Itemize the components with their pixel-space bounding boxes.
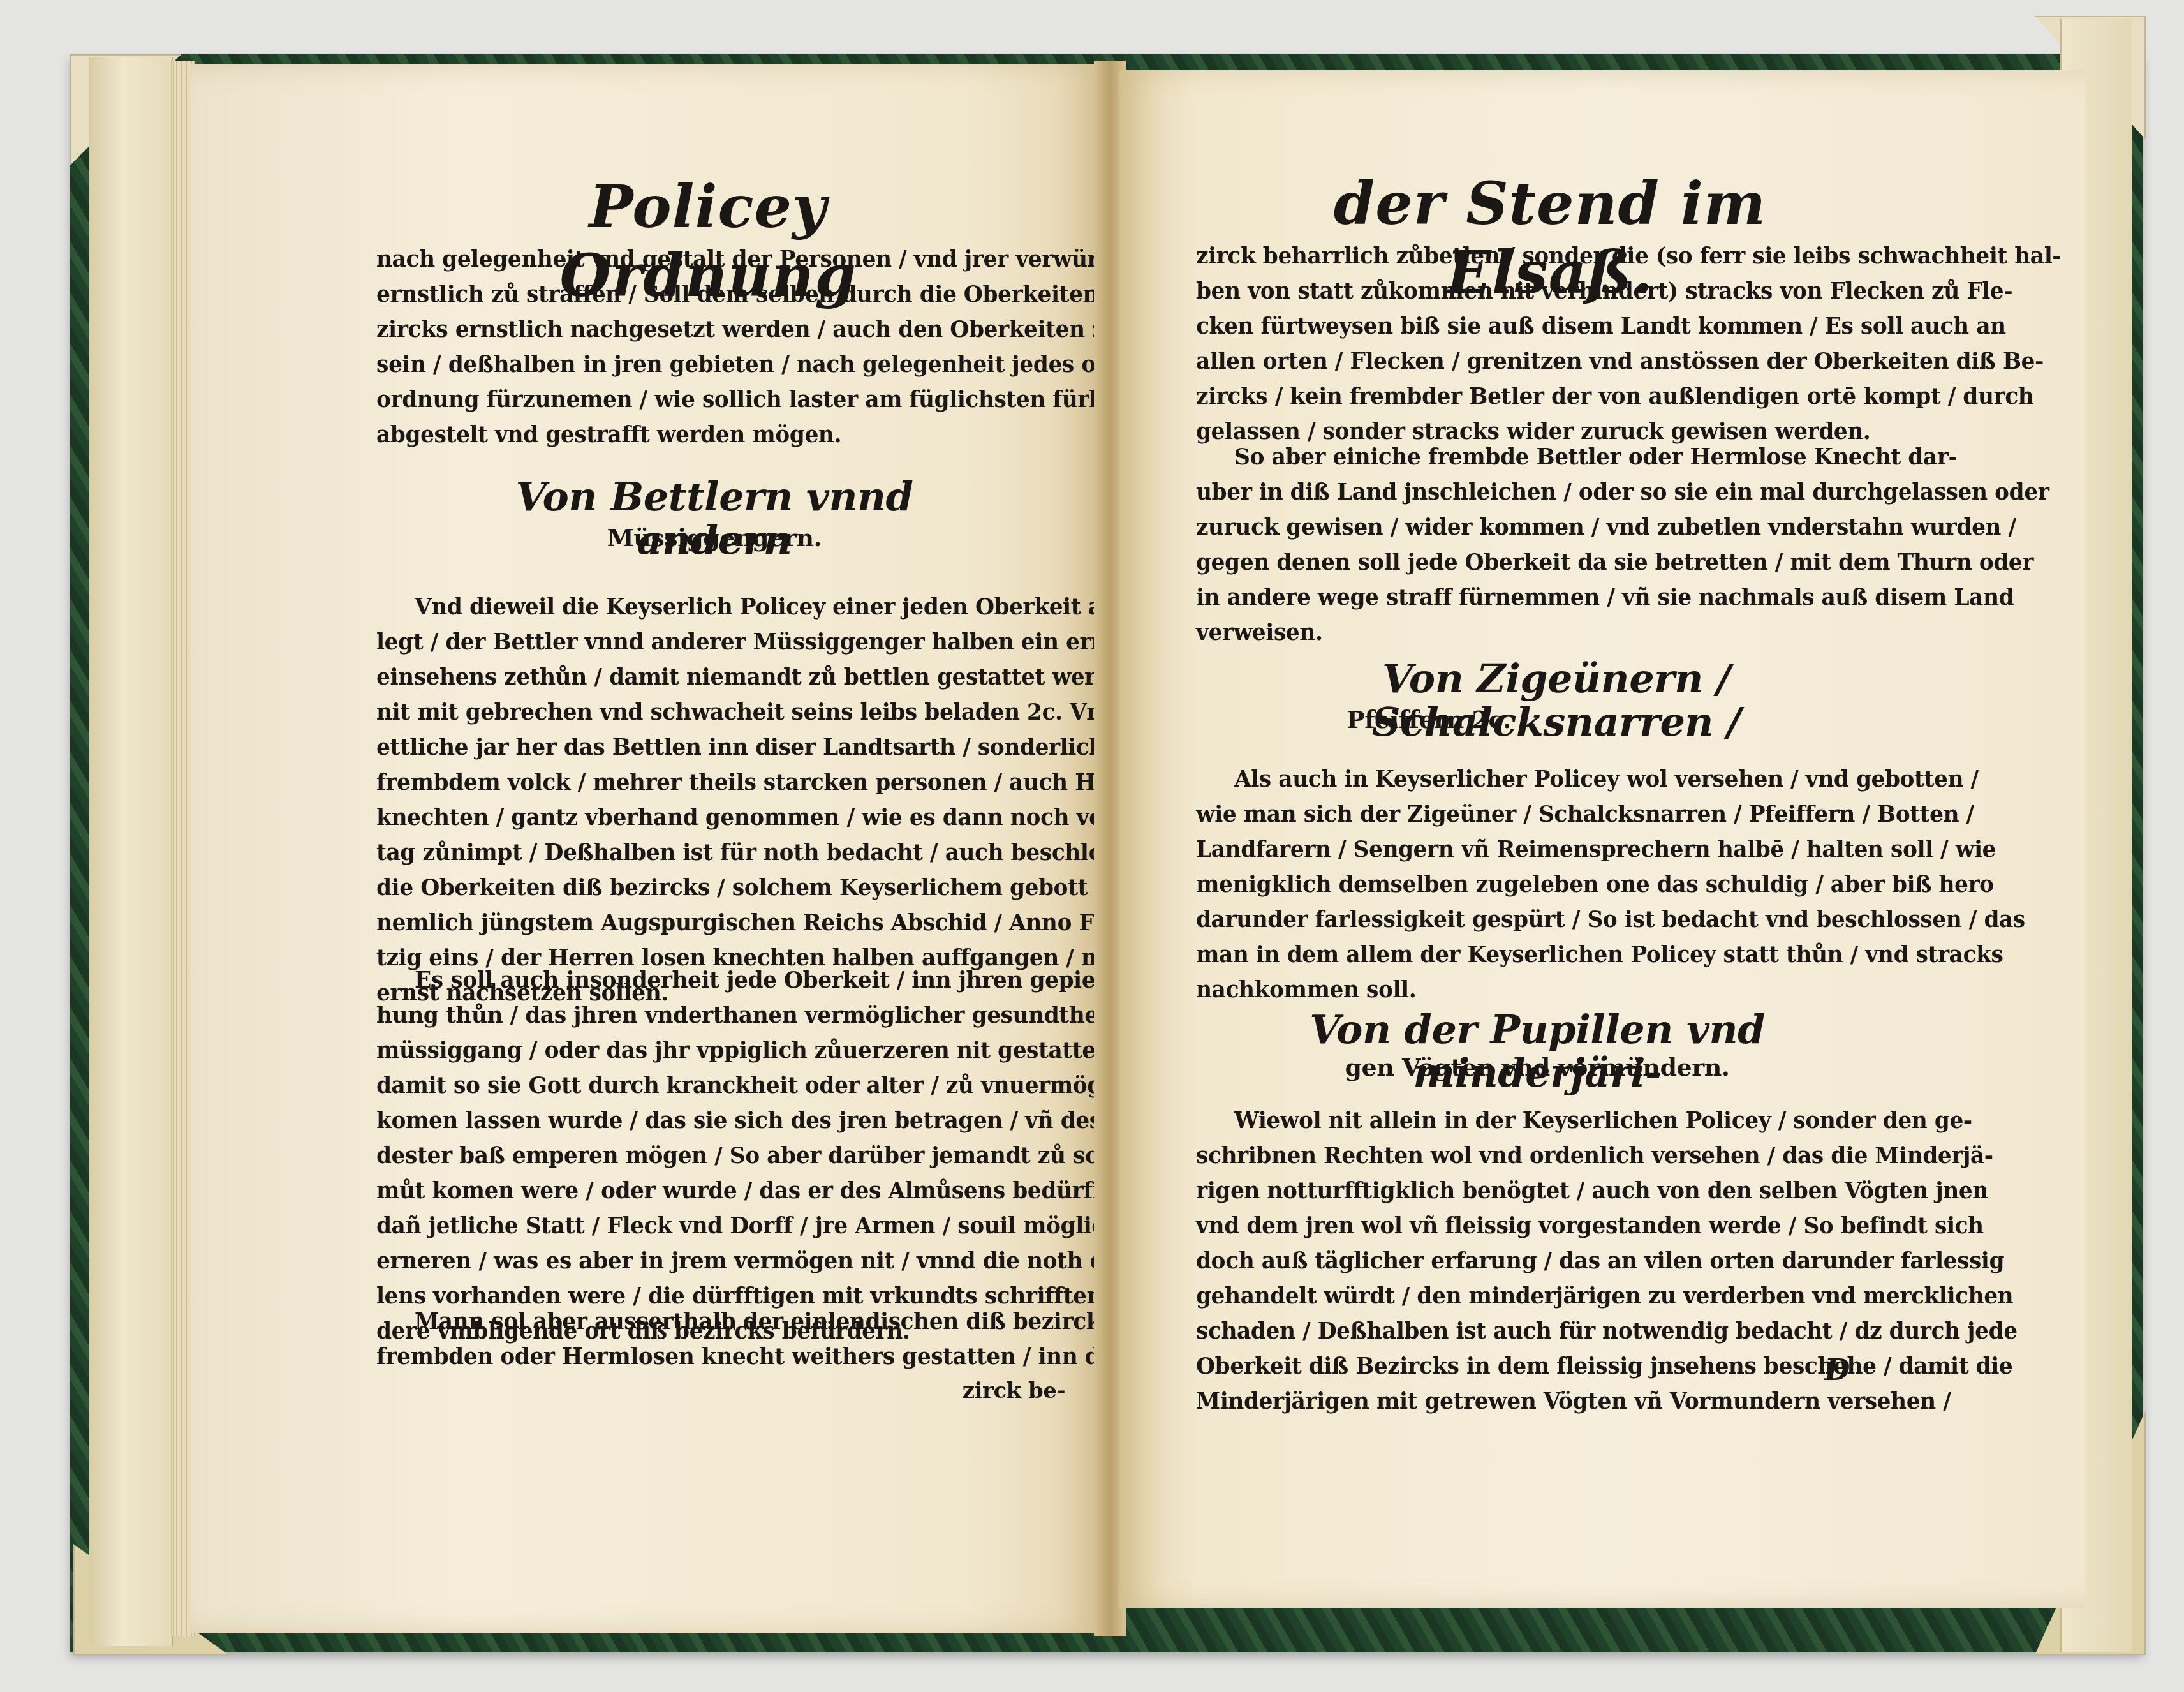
text-line: doch auß täglicher erfarung / das an vil… (1196, 1244, 1898, 1279)
text-line: in andere wege straff fürnemmen / vñ sie… (1196, 581, 1898, 616)
text-line: schribnen Rechten wol vnd ordenlich vers… (1196, 1139, 1898, 1174)
text-line: darunder farlessigkeit gespürt / So ist … (1196, 903, 1898, 938)
text-line: Minderjärigen mit getrewen Vögten vñ Vor… (1196, 1384, 1898, 1420)
left-paragraph-3: Mann sol aber ausserthalb der einlendisc… (376, 1305, 1065, 1375)
text-line: vnd dem jren wol vñ fleissig vorgestande… (1196, 1209, 1898, 1244)
text-line: rigen notturfftigklich benögtet / auch v… (1196, 1174, 1898, 1209)
left-paragraph-1: Vnd dieweil die Keyserlich Policey einer… (376, 590, 1065, 1011)
text-line: ordnung fürzunemen / wie sollich laster … (376, 383, 1065, 418)
text-line: die Oberkeiten diß bezircks / solchem Ke… (376, 871, 1065, 906)
signature-mark: D (1786, 1353, 1850, 1387)
text-line: verweisen. (1196, 616, 1898, 651)
text-line: gehandelt würdt / den minderjärigen zu v… (1196, 1279, 1898, 1314)
left-paragraph-2: Es soll auch insonderheit jede Oberkeit … (376, 963, 1065, 1349)
text-line: můt komen were / oder wurde / das er des… (376, 1174, 1065, 1209)
left-intro-text: nach gelegenheit vnd gestalt der Persone… (376, 242, 1065, 453)
text-line: müssiggang / oder das jhr vppiglich zůue… (376, 1034, 1065, 1069)
text-line: dester baß emperen mögen / So aber darüb… (376, 1139, 1065, 1174)
text-line: zuruck gewisen / wider kommen / vnd zube… (1196, 510, 1898, 545)
text-line: zirck beharrlich zůbetlen / sonder die (… (1196, 239, 1898, 274)
text-line: Wiewol nit allein in der Keyserlichen Po… (1196, 1104, 1898, 1139)
text-line: nit mit gebrechen vnd schwacheit seins l… (376, 695, 1065, 731)
text-line: wie man sich der Zigeüner / Schalcksnarr… (1196, 798, 1898, 833)
text-line: menigklich demselben zugeleben one das s… (1196, 868, 1898, 903)
section-subheading-pupillen: gen Vögten vnd vormündern. (1250, 1053, 1824, 1082)
text-line: ernstlich zů straffen / Soll dem selben … (376, 278, 1065, 313)
text-line: tag zůnimpt / Deßhalben ist für noth bed… (376, 836, 1065, 871)
text-line: schaden / Deßhalben ist auch für notwend… (1196, 1314, 1898, 1349)
flyleaf-left (89, 57, 173, 1646)
text-line: frembden oder Hermlosen knecht weithers … (376, 1340, 1065, 1375)
text-line: Mann sol aber ausserthalb der einlendisc… (376, 1305, 1065, 1340)
text-line: knechten / gantz vberhand genommen / wie… (376, 801, 1065, 836)
text-line: cken fürtweysen biß sie auß disem Landt … (1196, 309, 1898, 345)
text-line: damit so sie Gott durch kranckheit oder … (376, 1069, 1065, 1104)
text-line: ben von statt zůkommen nit verhindert) s… (1196, 274, 1898, 309)
section-subheading-bettlern: Müssiggengern. (446, 523, 982, 553)
text-line: nachkommen soll. (1196, 973, 1898, 1008)
text-line: Als auch in Keyserlicher Policey wol ver… (1196, 762, 1898, 798)
text-line: Es soll auch insonderheit jede Oberkeit … (376, 963, 1065, 998)
text-line: Vnd dieweil die Keyserlich Policey einer… (376, 590, 1065, 625)
text-line: abgestelt vnd gestrafft werden mögen. (376, 418, 1065, 453)
right-paragraph-2: Als auch in Keyserlicher Policey wol ver… (1196, 762, 1898, 1008)
catchword: zirck be- (829, 1378, 1065, 1404)
text-line: allen orten / Flecken / grenitzen vnd an… (1196, 345, 1898, 380)
page-edges-left (169, 61, 195, 1636)
right-paragraph-1: So aber einiche frembde Bettler oder Her… (1196, 440, 1898, 651)
text-line: man in dem allem der Keyserlichen Police… (1196, 938, 1898, 973)
text-line: nemlich jüngstem Augspurgischen Reichs A… (376, 906, 1065, 941)
text-line: So aber einiche frembde Bettler oder Her… (1196, 440, 1898, 475)
text-line: dañ jetliche Statt / Fleck vnd Dorff / j… (376, 1209, 1065, 1244)
text-line: nach gelegenheit vnd gestalt der Persone… (376, 242, 1065, 278)
text-line: ettliche jar her das Bettlen inn diser L… (376, 731, 1065, 766)
text-line: sein / deßhalben in jren gebieten / nach… (376, 348, 1065, 383)
section-subheading-zigeunern: Pfeiffern 2c. (1237, 705, 1620, 734)
text-line: Landfarern / Sengern vñ Reimensprechern … (1196, 833, 1898, 868)
text-line: uber in diß Land jnschleichen / oder so … (1196, 475, 1898, 510)
text-line: gegen denen soll jede Oberkeit da sie be… (1196, 545, 1898, 581)
text-line: frembdem volck / mehrer theils starcken … (376, 766, 1065, 801)
text-line: einsehens zethůn / damit niemandt zů bet… (376, 660, 1065, 695)
section-heading-pupillen: Von der Pupillen vnd minderjäri- (1250, 1008, 1824, 1095)
text-line: erneren / was es aber in jrem vermögen n… (376, 1244, 1065, 1279)
text-line: zircks / kein frembder Betler der von au… (1196, 380, 1898, 415)
right-intro-text: zirck beharrlich zůbetlen / sonder die (… (1196, 239, 1898, 450)
text-line: komen lassen wurde / das sie sich des jr… (376, 1104, 1065, 1139)
text-line: legt / der Bettler vnnd anderer Müssigge… (376, 625, 1065, 660)
text-line: zircks ernstlich nachgesetzt werden / au… (376, 313, 1065, 348)
text-line: hung thůn / das jhren vnderthanen vermög… (376, 998, 1065, 1034)
